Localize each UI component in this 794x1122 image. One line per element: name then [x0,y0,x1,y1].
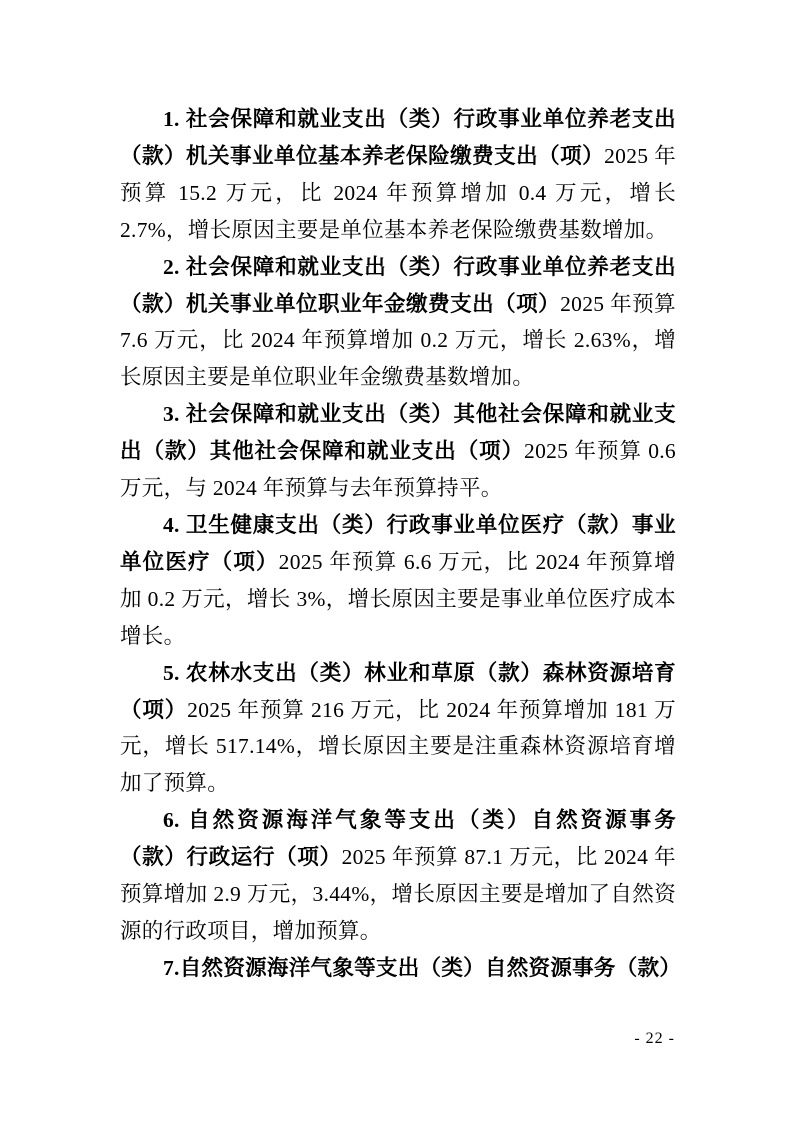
budget-item-heading: 7.自然资源海洋气象等支出（类）自然资源事务（款） [163,956,681,980]
budget-item-heading: 1. 社会保障和就业支出（类）行政事业单位养老支出（款）机关事业单位基本养老保险… [120,107,676,168]
budget-item-paragraph-2: 2. 社会保障和就业支出（类）行政事业单位养老支出（款）机关事业单位职业年金缴费… [120,249,676,397]
budget-item-paragraph-6: 6. 自然资源海洋气象等支出（类）自然资源事务（款）行政运行（项）2025 年预… [120,802,676,950]
budget-item-body: 2025 年预算 216 万元，比 2024 年预算增加 181 万元，增长 5… [120,698,676,796]
budget-item-paragraph-4: 4. 卫生健康支出（类）行政事业单位医疗（款）事业单位医疗（项）2025 年预算… [120,507,676,655]
document-page: 1. 社会保障和就业支出（类）行政事业单位养老支出（款）机关事业单位基本养老保险… [0,0,794,1122]
page-number: - 22 - [634,1030,675,1048]
budget-item-paragraph-7: 7.自然资源海洋气象等支出（类）自然资源事务（款） [120,950,676,987]
document-body: 1. 社会保障和就业支出（类）行政事业单位养老支出（款）机关事业单位基本养老保险… [120,101,676,987]
budget-item-paragraph-3: 3. 社会保障和就业支出（类）其他社会保障和就业支出（款）其他社会保障和就业支出… [120,396,676,507]
budget-item-paragraph-5: 5. 农林水支出（类）林业和草原（款）森林资源培育（项）2025 年预算 216… [120,655,676,803]
budget-item-paragraph-1: 1. 社会保障和就业支出（类）行政事业单位养老支出（款）机关事业单位基本养老保险… [120,101,676,249]
